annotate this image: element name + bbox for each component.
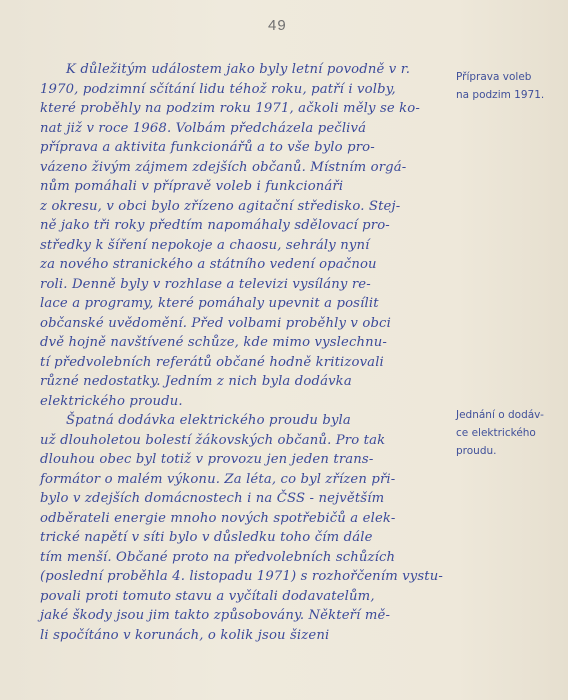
margin-note-elections: Příprava voleb na podzim 1971. bbox=[456, 68, 544, 104]
text-line: Špatná dodávka elektrického proudu byla bbox=[40, 411, 460, 431]
margin-note-line: ce elektrického bbox=[456, 424, 544, 442]
margin-note-line: Příprava voleb bbox=[456, 68, 544, 86]
text-line: vázeno živým zájmem zdejších občanů. Mís… bbox=[40, 158, 460, 178]
body-text: K důležitým událostem jako byly letní po… bbox=[40, 60, 460, 645]
text-line: dvě hojně navštívené schůze, kde mimo vy… bbox=[40, 333, 460, 353]
text-line: které proběhly na podzim roku 1971, ačko… bbox=[40, 99, 460, 119]
margin-note-line: proudu. bbox=[456, 442, 544, 460]
text-line: příprava a aktivita funkcionářů a to vše… bbox=[40, 138, 460, 158]
text-line: (poslední proběhla 4. listopadu 1971) s … bbox=[40, 567, 460, 587]
text-line: občanské uvědomění. Před volbami proběhl… bbox=[40, 314, 460, 334]
text-line: za nového stranického a státního vedení … bbox=[40, 255, 460, 275]
page-number: 49 bbox=[268, 17, 287, 34]
text-line: dlouhou obec byl totiž v provozu jen jed… bbox=[40, 450, 460, 470]
text-line: trické napětí v síti bylo v důsledku toh… bbox=[40, 528, 460, 548]
text-line: formátor o malém výkonu. Za léta, co byl… bbox=[40, 470, 460, 490]
text-line: jaké škody jsou jim takto způsobovány. N… bbox=[40, 606, 460, 626]
text-line: lace a programy, které pomáhaly upevnit … bbox=[40, 294, 460, 314]
text-line: tí předvolebních referátů občané hodně k… bbox=[40, 353, 460, 373]
handwritten-chronicle-page: 49 K důležitým událostem jako byly letní… bbox=[0, 0, 568, 700]
text-line: bylo v zdejších domácnostech i na ČSS - … bbox=[40, 489, 460, 509]
text-line: povali proti tomuto stavu a vyčítali dod… bbox=[40, 587, 460, 607]
text-line: odběrateli energie mnoho nových spotřebi… bbox=[40, 509, 460, 529]
margin-note-electricity: Jednání o dodáv- ce elektrického proudu. bbox=[456, 406, 544, 460]
text-line: li spočítáno v korunách, o kolik jsou ši… bbox=[40, 626, 460, 646]
text-line: ně jako tři roky předtím napomáhaly sděl… bbox=[40, 216, 460, 236]
margin-note-line: Jednání o dodáv- bbox=[456, 406, 544, 424]
margin-note-line: na podzim 1971. bbox=[456, 86, 544, 104]
text-line: nům pomáhali v přípravě voleb i funkcion… bbox=[40, 177, 460, 197]
text-line: nat již v roce 1968. Volbám předcházela … bbox=[40, 119, 460, 139]
text-line: K důležitým událostem jako byly letní po… bbox=[40, 60, 460, 80]
text-line: roli. Denně byly v rozhlase a televizi v… bbox=[40, 275, 460, 295]
text-line: tím menší. Občané proto na předvolebních… bbox=[40, 548, 460, 568]
text-line: z okresu, v obci bylo zřízeno agitační s… bbox=[40, 197, 460, 217]
text-line: elektrického proudu. bbox=[40, 392, 460, 412]
text-line: už dlouholetou bolestí žákovských občanů… bbox=[40, 431, 460, 451]
text-line: středky k šíření nepokoje a chaosu, sehr… bbox=[40, 236, 460, 256]
text-line: různé nedostatky. Jedním z nich byla dod… bbox=[40, 372, 460, 392]
text-line: 1970, podzimní sčítání lidu téhož roku, … bbox=[40, 80, 460, 100]
